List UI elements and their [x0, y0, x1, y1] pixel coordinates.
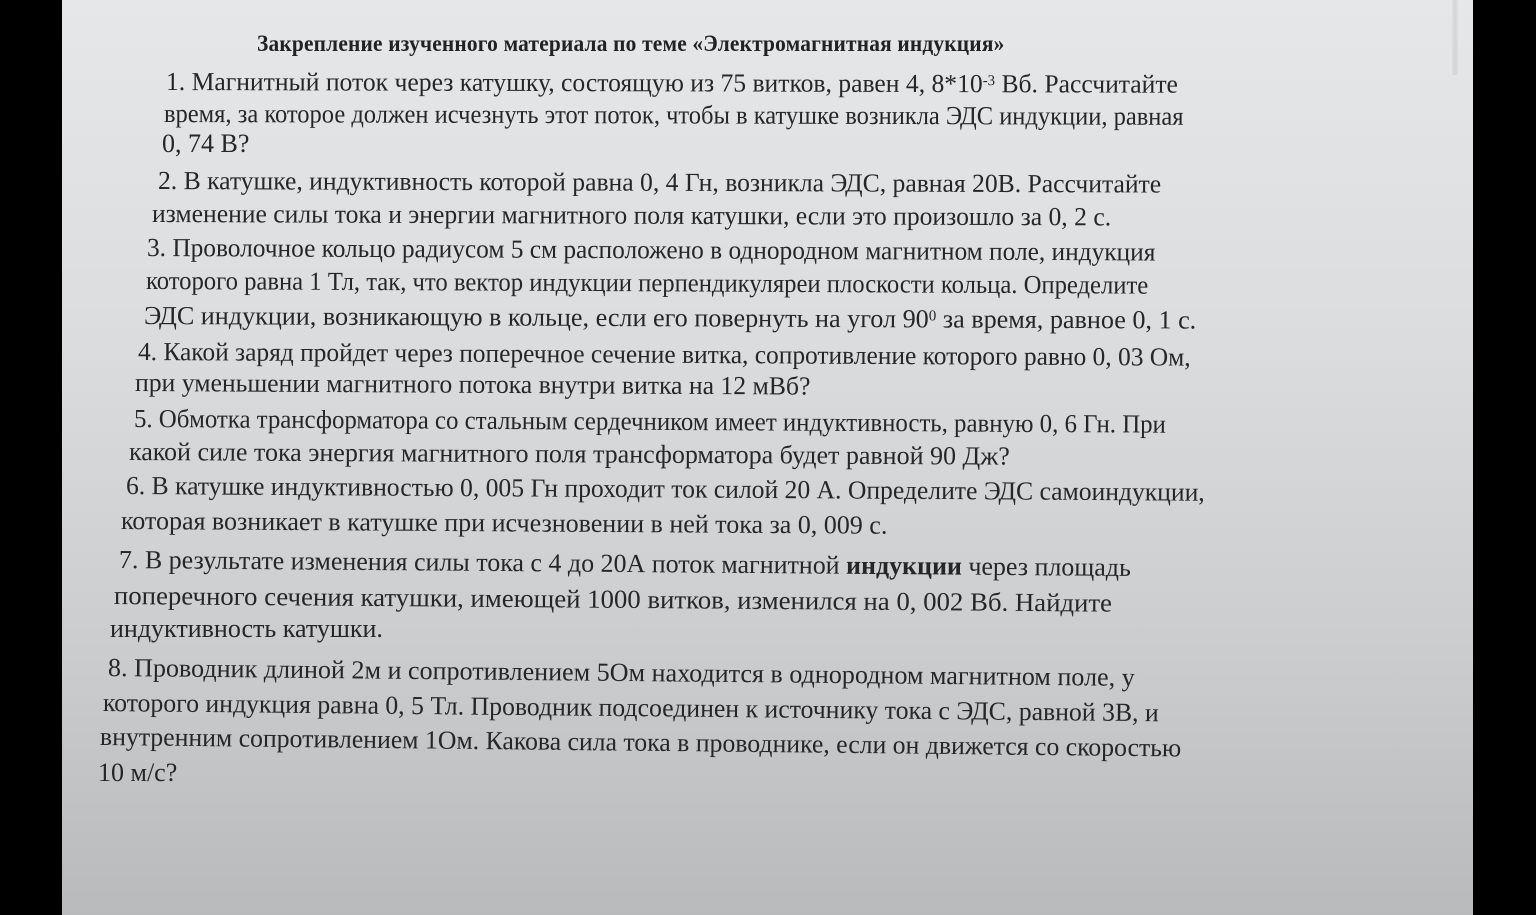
- problem-6-line-2: которая возникает в катушке при исчезнов…: [121, 506, 888, 541]
- problem-3-line-1: 3. Проволочное кольцо радиусом 5 см расп…: [147, 233, 1156, 268]
- problem-3-tail: за время, равное 0, 1 с.: [936, 304, 1196, 334]
- problem-8-line-4: 10 м/с?: [98, 758, 177, 788]
- worksheet-title: Закрепление изученного материала по теме…: [257, 31, 1206, 57]
- paper-crease: [1452, 0, 1458, 75]
- problem-6-line-1: 6. В катушке индуктивностью 0, 005 Гн пр…: [126, 471, 1205, 508]
- problem-7-tail: через площадь: [962, 552, 1131, 582]
- problem-5-line-2: какой силе тока энергия магнитного поля …: [129, 437, 1010, 472]
- exponent: -3: [983, 73, 995, 89]
- problem-5-line-1: 5. Обмотка трансформатора со стальным се…: [134, 404, 1166, 440]
- problem-1-tail: Вб. Рассчитайте: [995, 69, 1178, 98]
- problem-8-line-1: 8. Проводник длиной 2м и сопротивлением …: [108, 653, 1135, 693]
- problem-3-line-3: ЭДС индукции, возникающую в кольце, если…: [144, 301, 1196, 336]
- problem-7-line-3: индуктивность катушки.: [110, 614, 383, 644]
- problem-7-line-1: 7. В результате изменения силы тока с 4 …: [119, 545, 1131, 583]
- problem-7-line-2: поперечного сечения катушки, имеющей 100…: [114, 581, 1112, 619]
- problem-2-line-2: изменение силы тока и энергии магнитного…: [152, 199, 1111, 232]
- problem-7-text: 7. В результате изменения силы тока с 4 …: [119, 545, 846, 580]
- problem-1-line-3: 0, 74 В?: [162, 129, 249, 159]
- problem-1-line-1: 1. Магнитный поток через катушку, состоя…: [166, 67, 1178, 100]
- problem-1-line-2: время, за которое должен исчезнуть этот …: [164, 99, 1184, 132]
- problem-4-line-2: при уменьшении магнитного потока внутри …: [135, 368, 811, 402]
- problem-8-line-2: которого индукция равна 0, 5 Тл. Проводн…: [103, 688, 1159, 728]
- bold-emphasis: индукции: [846, 551, 962, 581]
- worksheet-page: Закрепление изученного материала по теме…: [62, 0, 1473, 915]
- problem-4-line-1: 4. Какой заряд пройдет через поперечное …: [138, 337, 1191, 373]
- degree-superscript: 0: [929, 308, 937, 324]
- problem-1-text: 1. Магнитный поток через катушку, состоя…: [166, 67, 983, 98]
- problem-3-line-2: которого равна 1 Тл, так, что вектор инд…: [146, 266, 1148, 301]
- problem-2-line-1: 2. В катушке, индуктивность которой равн…: [158, 166, 1161, 200]
- problem-8-line-3: внутренним сопротивлением 1Ом. Какова си…: [100, 722, 1182, 763]
- problem-3-text: ЭДС индукции, возникающую в кольце, если…: [144, 301, 929, 333]
